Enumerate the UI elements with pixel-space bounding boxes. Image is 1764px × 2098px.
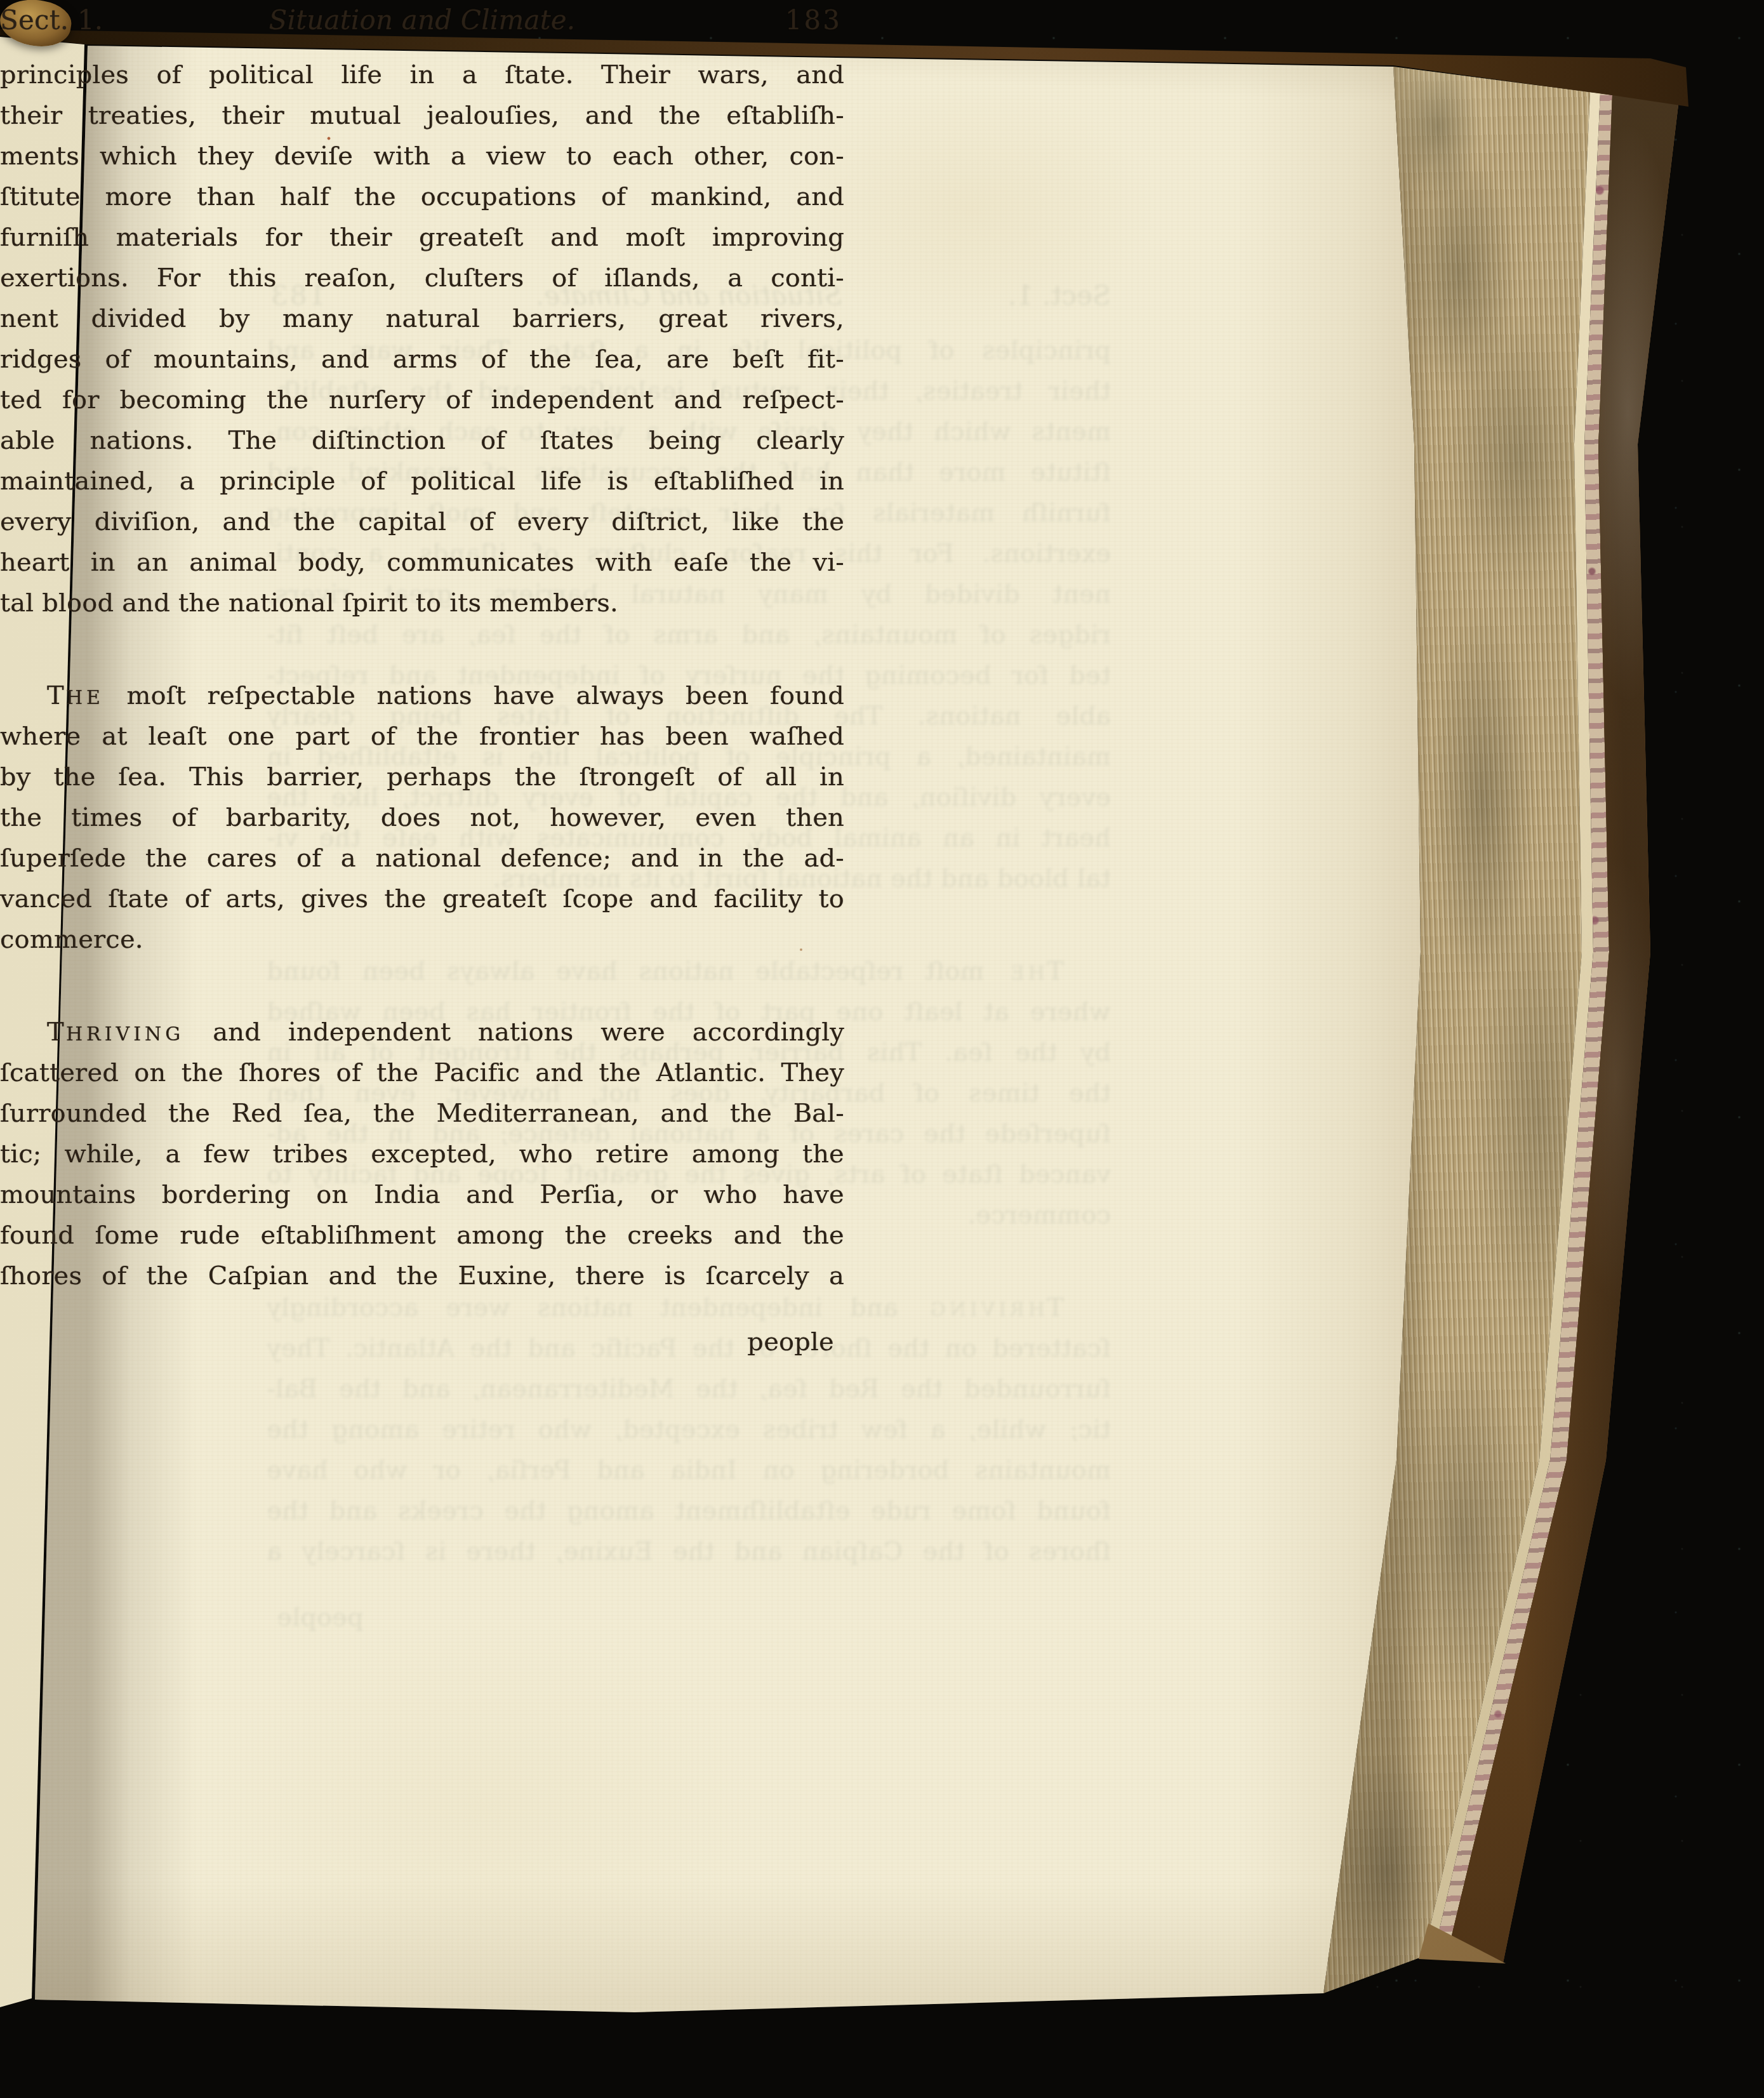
text-line: where at leaſt one part of the frontier … [0, 716, 844, 757]
text-line: exertions. For this reaſon, cluſters of … [0, 258, 844, 298]
text-line: mountains bordering on India and Perſia,… [0, 1174, 844, 1215]
running-title: Situation and Climate. [269, 0, 576, 41]
text-line: ſurrounded the Red ſea, the Mediterranea… [0, 1093, 844, 1134]
text-line: tal blood and the national ſpirit to its… [0, 583, 844, 623]
book-photograph: Sect. 1. Situation and Climate. 183 prin… [0, 0, 1764, 2098]
catchword-row: people [0, 1322, 844, 1362]
text-line: their treaties, their mutual jealouſies,… [0, 95, 844, 136]
page-number: 183 [785, 0, 842, 41]
text-line: found ſome rude eſtabliſhment among the … [0, 1215, 844, 1256]
text-line: The moſt reſpectable nations have always… [0, 675, 844, 716]
text-line: furniſh materials for their greateſt and… [0, 217, 844, 258]
text-line: nent divided by many natural barriers, g… [0, 298, 844, 339]
text-line: the times of barbarity, does not, howeve… [0, 797, 844, 838]
section-label: Sect. 1. [0, 0, 103, 41]
paragraph: The moſt reſpectable nations have always… [0, 675, 844, 960]
text-line: Thriving and independent nations were ac… [0, 1012, 844, 1052]
text-line: ridges of mountains, and arms of the ſea… [0, 339, 844, 380]
text-line: ſtitute more than half the occupations o… [0, 176, 844, 217]
paragraph: principles of political life in a ſtate.… [0, 55, 844, 623]
text-line: vanced ſtate of arts, gives the greateſt… [0, 879, 844, 919]
text-line: ſuperſede the cares of a national defenc… [0, 838, 844, 879]
text-line: commerce. [0, 919, 844, 960]
text-line: tic; while, a few tribes excepted, who r… [0, 1134, 844, 1174]
text-line: principles of political life in a ſtate.… [0, 55, 844, 95]
text-line: heart in an animal body, communicates wi… [0, 542, 844, 583]
text-line: maintained, a principle of political lif… [0, 461, 844, 501]
text-line: ſcattered on the ſhores of the Pacific a… [0, 1052, 844, 1093]
paragraph: Thriving and independent nations were ac… [0, 1012, 844, 1296]
text-line: by the ſea. This barrier, perhaps the ſt… [0, 757, 844, 797]
catchword: people [747, 1327, 834, 1357]
running-header: Sect. 1. Situation and Climate. 183 [0, 0, 844, 41]
text-line: able nations. The diſtinction of ſtates … [0, 420, 844, 461]
page-text: Sect. 1. Situation and Climate. 183 prin… [0, 0, 844, 2098]
text-line: every diviſion, and the capital of every… [0, 501, 844, 542]
body-text: principles of political life in a ſtate.… [0, 55, 844, 1296]
text-line: ted for becoming the nurſery of independ… [0, 380, 844, 420]
text-line: ſhores of the Caſpian and the Euxine, th… [0, 1256, 844, 1296]
text-line: ments which they deviſe with a view to e… [0, 136, 844, 176]
